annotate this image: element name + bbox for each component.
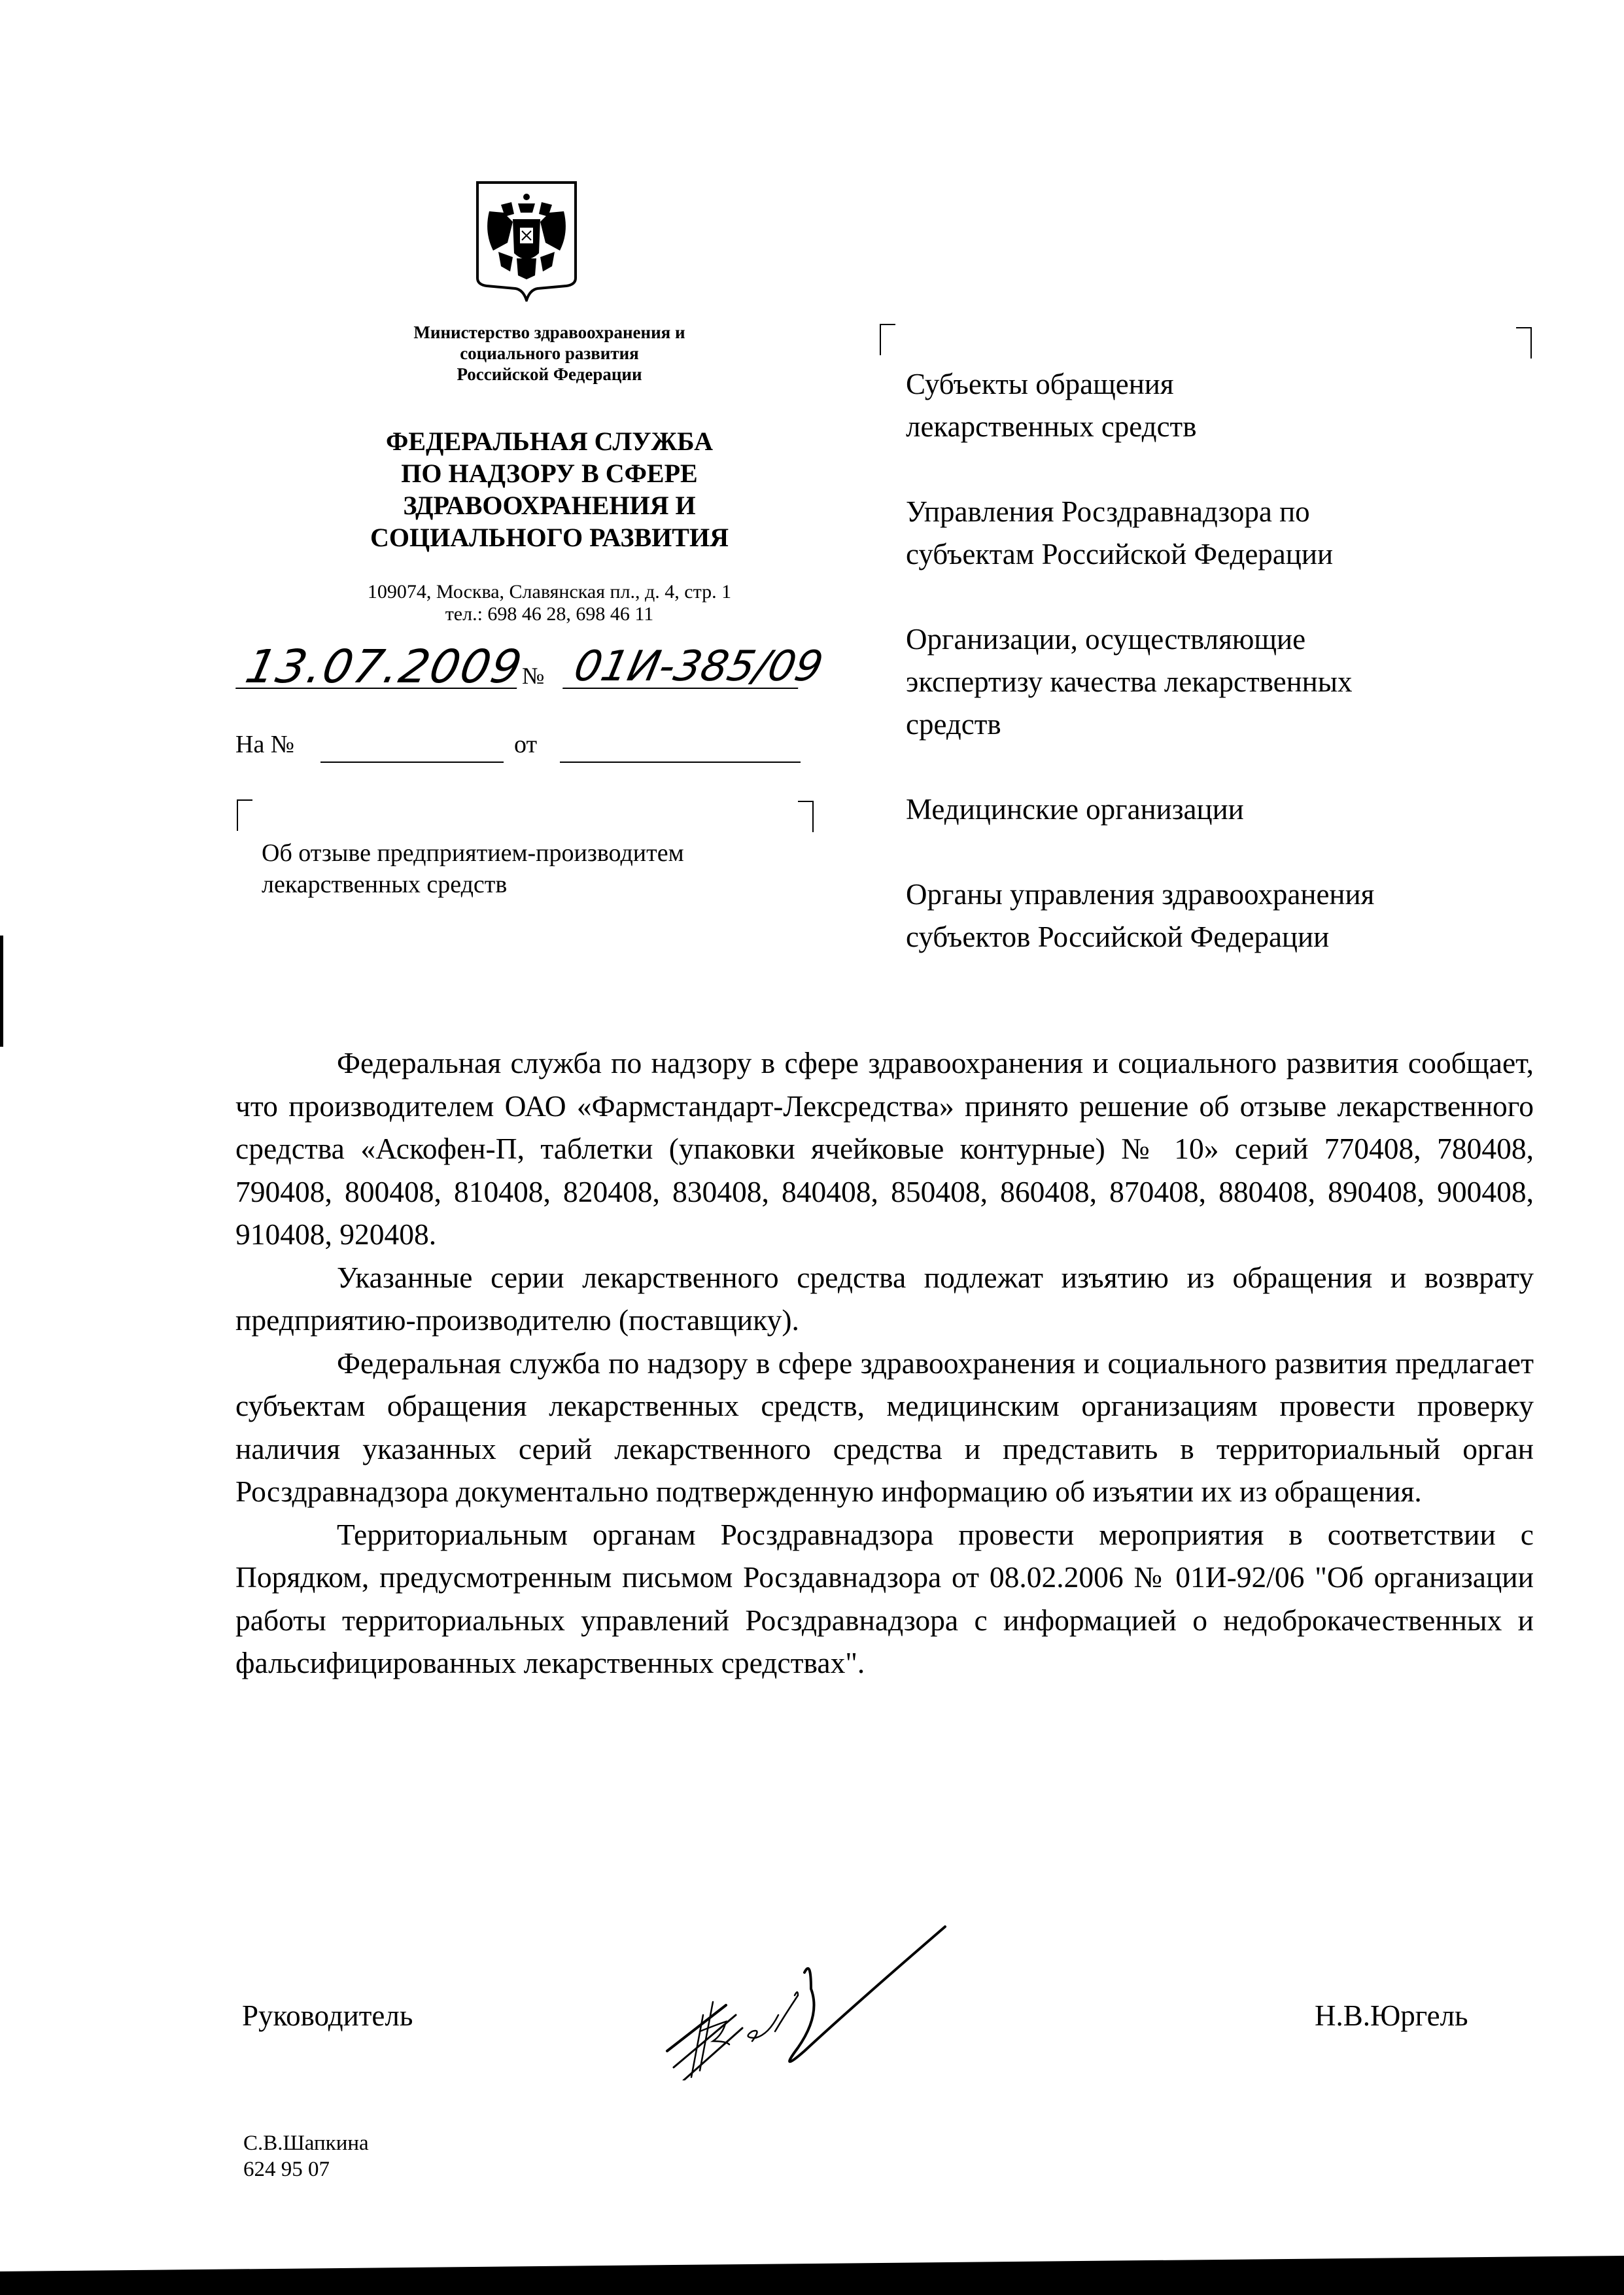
ministry-name: Министерство здравоохранения и социально… [314,322,785,385]
service-name: ФЕДЕРАЛЬНАЯ СЛУЖБА ПО НАДЗОРУ В СФЕРЕ ЗД… [262,425,837,553]
body-paragraph: Федеральная служба по надзору в сфере зд… [235,1342,1534,1513]
recipient-item: Управления Росздравнадзора по субъектам … [906,491,1547,576]
address-line: 109074, Москва, Славянская пл., д. 4, ст… [262,581,837,603]
subject-bracket-left [237,799,252,831]
letter-body: Федеральная служба по надзору в сфере зд… [235,1042,1534,1685]
recipient-line: Органы управления здравоохранения [906,873,1547,916]
ministry-line: социального развития [314,343,785,364]
coat-of-arms-icon [475,180,578,302]
reply-date-label: от [514,729,537,760]
recipient-line: экспертизу качества лекарственных [906,661,1547,703]
recipient-bracket-left [880,324,895,355]
subject-line: Об отзыве предприятием-производитем [262,837,850,869]
ministry-line: Министерство здравоохранения и [314,322,785,343]
recipient-item: Органы управления здравоохранения субъек… [906,873,1547,958]
reply-number-label: На № [235,729,294,760]
registration-number: 01И-385/09 [562,644,807,689]
ministry-line: Российской Федерации [314,364,785,385]
signatory-name: Н.В.Юргель [1315,1999,1468,2033]
phone-line: тел.: 698 46 28, 698 46 11 [262,603,837,625]
recipient-line: лекарственных средств [906,406,1547,448]
recipient-item: Организации, осуществляющие экспертизу к… [906,618,1547,746]
body-paragraph: Территориальным органам Росздравнадзора … [235,1513,1534,1685]
service-address: 109074, Москва, Славянская пл., д. 4, ст… [262,581,837,625]
registration-number-label: № [522,662,544,690]
recipient-line: Управления Росздравнадзора по [906,491,1547,533]
body-paragraph: Федеральная служба по надзору в сфере зд… [235,1042,1534,1256]
handwritten-signature-icon [664,1910,1030,2080]
recipient-line: субъектам Российской Федерации [906,533,1547,576]
recipient-line: субъектов Российской Федерации [906,916,1547,958]
recipient-item: Субъекты обращения лекарственных средств [906,363,1547,448]
subject-bracket-right [798,801,814,832]
registration-date: 13.07.2009 [235,644,526,689]
recipient-line: Субъекты обращения [906,363,1547,406]
body-paragraph: Указанные серии лекарственного средства … [235,1256,1534,1342]
recipient-line: средств [906,703,1547,746]
recipient-line: Организации, осуществляющие [906,618,1547,661]
scan-bottom-edge [0,2256,1624,2295]
service-line: СОЦИАЛЬНОГО РАЗВИТИЯ [262,521,837,553]
service-line: ПО НАДЗОРУ В СФЕРЕ [262,457,837,489]
recipient-line: Медицинские организации [906,788,1547,831]
reply-date-field [560,762,801,763]
recipients-list: Субъекты обращения лекарственных средств… [906,363,1547,958]
executor-info: С.В.Шапкина 624 95 07 [243,2130,369,2182]
recipient-item: Медицинские организации [906,788,1547,831]
letter-subject: Об отзыве предприятием-производитем лека… [262,837,850,900]
service-line: ЗДРАВООХРАНЕНИЯ И [262,489,837,521]
executor-phone: 624 95 07 [243,2156,369,2182]
scan-edge-artifact [0,936,3,1047]
service-line: ФЕДЕРАЛЬНАЯ СЛУЖБА [262,425,837,457]
recipient-bracket-right [1516,327,1532,359]
executor-name: С.В.Шапкина [243,2130,369,2156]
subject-line: лекарственных средств [262,869,850,900]
reply-number-field [320,762,504,763]
signatory-position: Руководитель [242,1999,413,2033]
